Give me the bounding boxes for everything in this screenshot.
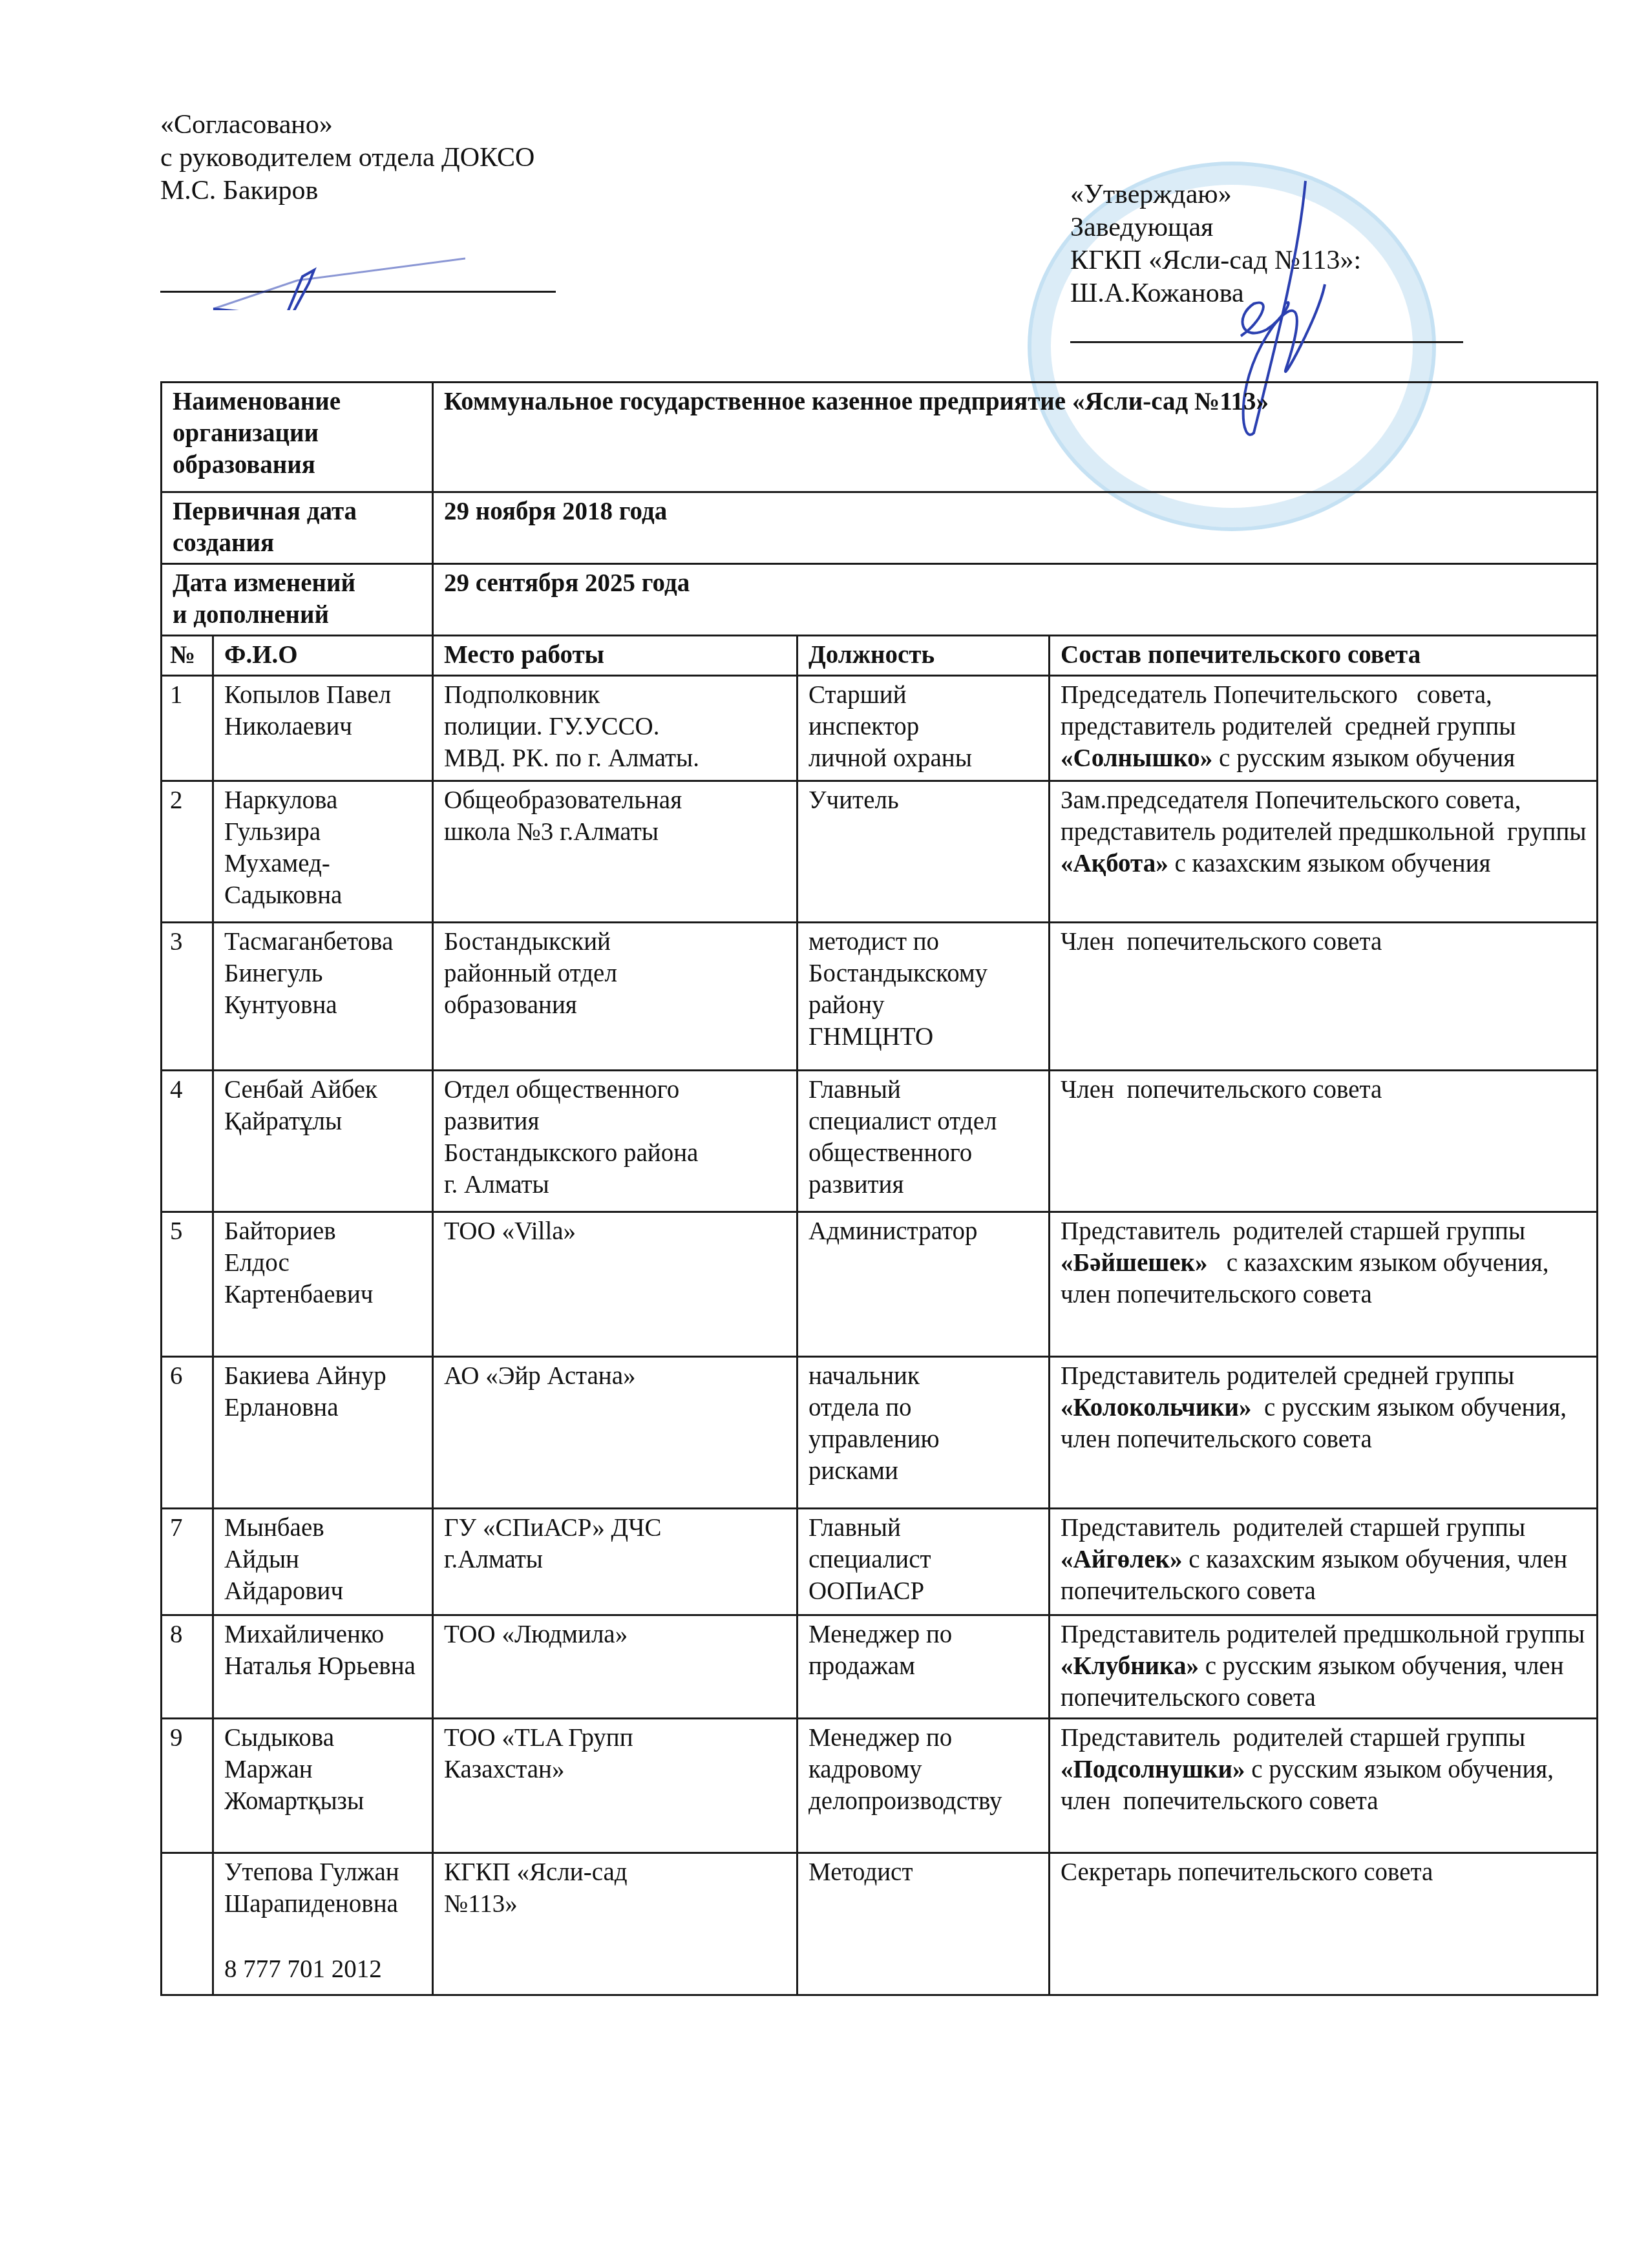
- member-number: 9: [162, 1719, 213, 1853]
- role-text: Член попечительского совета: [1061, 928, 1382, 956]
- fio-line: Утепова Гулжан: [224, 1856, 423, 1888]
- fio-line: Шарапиденовна: [224, 1888, 423, 1920]
- fio-line: Садыковна: [224, 879, 423, 911]
- approved-signer: Ш.А.Кожанова: [1070, 277, 1361, 310]
- work-line: образования: [444, 989, 787, 1021]
- position-line: продажам: [808, 1650, 1039, 1682]
- fio-line: Наркулова: [224, 784, 423, 816]
- member-number: 3: [162, 923, 213, 1071]
- member-council-role: Представитель родителей старшей группы «…: [1050, 1719, 1598, 1853]
- fio-line: Бакиева Айнур: [224, 1360, 423, 1392]
- work-line: ТОО «TLA Групп: [444, 1722, 787, 1754]
- member-number: 4: [162, 1071, 213, 1212]
- position-line: делопроизводству: [808, 1785, 1039, 1817]
- member-workplace: Бостандыкскийрайонный отделобразования: [433, 923, 798, 1071]
- fio-line: Наталья Юрьевна: [224, 1650, 423, 1682]
- info-row-changed: Дата изменений и дополнений 29 сентября …: [162, 564, 1598, 636]
- fio-line: Бинегуль: [224, 958, 423, 989]
- member-workplace: ТОО «Villa»: [433, 1212, 798, 1357]
- work-line: Бостандыкский: [444, 926, 787, 958]
- work-line: развития: [444, 1106, 787, 1137]
- position-line: Администратор: [808, 1215, 1039, 1247]
- member-workplace: Отдел общественногоразвитияБостандыкског…: [433, 1071, 798, 1212]
- role-text: Секретарь попечительского совета: [1061, 1858, 1433, 1886]
- position-line: Главный: [808, 1074, 1039, 1106]
- work-line: Бостандыкского района: [444, 1137, 787, 1169]
- role-text: Председатель Попечительского совета, пре…: [1061, 681, 1522, 740]
- member-number: 8: [162, 1615, 213, 1719]
- member-position: Учитель: [798, 781, 1050, 923]
- member-name: НаркуловаГульзираМухамед-Садыковна: [213, 781, 433, 923]
- fio-line: Байториев: [224, 1215, 423, 1247]
- approval-agreed-block: «Согласовано» с руководителем отдела ДОК…: [160, 109, 534, 207]
- signature-line-right: [1070, 341, 1463, 343]
- fio-line: Маржан: [224, 1754, 423, 1785]
- fio-line: Сенбай Айбек: [224, 1074, 423, 1106]
- info-row-created: Первичная дата создания 29 ноября 2018 г…: [162, 492, 1598, 564]
- agreed-title: «Согласовано»: [160, 109, 534, 142]
- fio-line: Гульзира: [224, 816, 423, 848]
- fio-line: Николаевич: [224, 711, 423, 742]
- fio-line: Мынбаев: [224, 1512, 423, 1544]
- work-line: ТОО «Villa»: [444, 1215, 787, 1247]
- table-header-row: № Ф.И.О Место работы Должность Состав по…: [162, 636, 1598, 676]
- member-council-role: Член попечительского совета: [1050, 923, 1598, 1071]
- member-number: 2: [162, 781, 213, 923]
- work-line: Подполковник: [444, 679, 787, 711]
- member-council-role: Представитель родителей старшей группы «…: [1050, 1509, 1598, 1615]
- fio-line: Мухамед-: [224, 848, 423, 879]
- work-line: Общеобразовательная: [444, 784, 787, 816]
- fio-line: Айдарович: [224, 1575, 423, 1607]
- member-council-role: Секретарь попечительского совета: [1050, 1853, 1598, 1995]
- group-name: «Айгөлек»: [1061, 1546, 1183, 1573]
- members-body: 1Копылов ПавелНиколаевичПодполковникполи…: [162, 676, 1598, 1995]
- member-workplace: ГУ «СПиАСР» ДЧСг.Алматы: [433, 1509, 798, 1615]
- position-line: рисками: [808, 1455, 1039, 1487]
- header-role: Состав попечительского совета: [1050, 636, 1598, 676]
- work-line: г.Алматы: [444, 1544, 787, 1575]
- fio-line: Жомартқызы: [224, 1785, 423, 1817]
- org-label: Наименование организации образования: [162, 383, 433, 492]
- header-num: №: [162, 636, 213, 676]
- member-council-role: Член попечительского совета: [1050, 1071, 1598, 1212]
- table-row: 4Сенбай АйбекҚайратұлыОтдел общественног…: [162, 1071, 1598, 1212]
- group-name: «Колокольчики»: [1061, 1394, 1252, 1422]
- approved-position: Заведующая: [1070, 211, 1361, 244]
- header-position: Должность: [798, 636, 1050, 676]
- created-label: Первичная дата создания: [162, 492, 433, 564]
- member-council-role: Представитель родителей средней группы «…: [1050, 1357, 1598, 1509]
- table-row: 2НаркуловаГульзираМухамед-СадыковнаОбщео…: [162, 781, 1598, 923]
- table-row: 1Копылов ПавелНиколаевичПодполковникполи…: [162, 676, 1598, 781]
- member-workplace: АО «Эйр Астана»: [433, 1357, 798, 1509]
- member-position: начальникотдела поуправлениюрисками: [798, 1357, 1050, 1509]
- table-row: 8МихайличенкоНаталья ЮрьевнаТОО «Людмила…: [162, 1615, 1598, 1719]
- position-line: Главный: [808, 1512, 1039, 1544]
- position-line: Менеджер по: [808, 1722, 1039, 1754]
- member-name: Копылов ПавелНиколаевич: [213, 676, 433, 781]
- work-line: АО «Эйр Астана»: [444, 1360, 787, 1392]
- position-line: специалист отдел: [808, 1106, 1039, 1137]
- agreed-signer: М.С. Бакиров: [160, 174, 534, 207]
- approval-approved-block: «Утверждаю» Заведующая КГКП «Ясли-сад №1…: [1070, 178, 1361, 310]
- member-number: 7: [162, 1509, 213, 1615]
- member-position: Главныйспециалист отделобщественногоразв…: [798, 1071, 1050, 1212]
- fio-line: Копылов Павел: [224, 679, 423, 711]
- group-name: «Подсолнушки»: [1061, 1756, 1245, 1783]
- position-line: Бостандыкскому: [808, 958, 1039, 989]
- work-line: ГУ «СПиАСР» ДЧС: [444, 1512, 787, 1544]
- member-council-role: Представитель родителей старшей группы «…: [1050, 1212, 1598, 1357]
- table-row: 5БайториевЕлдосКартенбаевичТОО «Villa»Ад…: [162, 1212, 1598, 1357]
- table-row: Утепова ГулжанШарапиденовна8 777 701 201…: [162, 1853, 1598, 1995]
- approved-title: «Утверждаю»: [1070, 178, 1361, 211]
- work-line: Отдел общественного: [444, 1074, 787, 1106]
- position-line: специалист: [808, 1544, 1039, 1575]
- member-workplace: Подполковникполиции. ГУ.УССО.МВД. РК. по…: [433, 676, 798, 781]
- member-name: Утепова ГулжанШарапиденовна8 777 701 201…: [213, 1853, 433, 1995]
- info-row-organization: Наименование организации образования Ком…: [162, 383, 1598, 492]
- member-number: [162, 1853, 213, 1995]
- changed-label: Дата изменений и дополнений: [162, 564, 433, 636]
- position-line: Учитель: [808, 784, 1039, 816]
- member-name: ТасмаганбетоваБинегульКунтуовна: [213, 923, 433, 1071]
- member-name: МынбаевАйдынАйдарович: [213, 1509, 433, 1615]
- member-workplace: ТОО «TLA ГруппКазахстан»: [433, 1719, 798, 1853]
- position-line: личной охраны: [808, 742, 1039, 774]
- position-line: общественного: [808, 1137, 1039, 1169]
- role-text: с казахским языком обучения: [1168, 850, 1491, 877]
- member-position: Старшийинспекторличной охраны: [798, 676, 1050, 781]
- member-number: 1: [162, 676, 213, 781]
- trustee-council-table: Наименование организации образования Ком…: [160, 381, 1598, 1996]
- work-line: МВД. РК. по г. Алматы.: [444, 742, 787, 774]
- signature-left-icon: [194, 213, 465, 310]
- work-line: Казахстан»: [444, 1754, 787, 1785]
- member-position: ГлавныйспециалистООПиАСР: [798, 1509, 1050, 1615]
- member-number: 6: [162, 1357, 213, 1509]
- work-line: №113»: [444, 1888, 787, 1920]
- position-line: Менеджер по: [808, 1619, 1039, 1650]
- member-position: Администратор: [798, 1212, 1050, 1357]
- role-text: Представитель родителей предшкольной гру…: [1061, 1621, 1591, 1648]
- header-work: Место работы: [433, 636, 798, 676]
- fio-line: Михайличенко: [224, 1619, 423, 1650]
- changed-value: 29 сентября 2025 года: [433, 564, 1598, 636]
- position-line: кадровому: [808, 1754, 1039, 1785]
- member-workplace: Общеобразовательнаяшкола №3 г.Алматы: [433, 781, 798, 923]
- group-name: «Солнышко»: [1061, 744, 1212, 772]
- work-line: школа №3 г.Алматы: [444, 816, 787, 848]
- fio-line: Сыдыкова: [224, 1722, 423, 1754]
- fio-line: Қайратұлы: [224, 1106, 423, 1137]
- work-line: ТОО «Людмила»: [444, 1619, 787, 1650]
- role-text: Член попечительского совета: [1061, 1076, 1382, 1104]
- member-name: БайториевЕлдосКартенбаевич: [213, 1212, 433, 1357]
- member-name: Бакиева АйнурЕрлановна: [213, 1357, 433, 1509]
- work-line: полиции. ГУ.УССО.: [444, 711, 787, 742]
- work-line: г. Алматы: [444, 1169, 787, 1201]
- header-fio: Ф.И.О: [213, 636, 433, 676]
- fio-line: Ерлановна: [224, 1392, 423, 1423]
- table-row: 9СыдыковаМаржанЖомартқызыТОО «TLA ГруппК…: [162, 1719, 1598, 1853]
- member-position: Менеджер попродажам: [798, 1615, 1050, 1719]
- member-number: 5: [162, 1212, 213, 1357]
- agreed-with: с руководителем отдела ДОКСО: [160, 142, 534, 174]
- position-line: методист по: [808, 926, 1039, 958]
- member-position: Менеджер покадровомуделопроизводству: [798, 1719, 1050, 1853]
- position-line: Старший: [808, 679, 1039, 711]
- changed-label-line: Дата изменений: [173, 567, 423, 599]
- member-phone: 8 777 701 2012: [224, 1953, 423, 1985]
- role-text: с русским языком обучения: [1212, 744, 1515, 772]
- member-position: Методист: [798, 1853, 1050, 1995]
- table-row: 6Бакиева АйнурЕрлановнаАО «Эйр Астана»на…: [162, 1357, 1598, 1509]
- role-text: Зам.председателя Попечительского совета,…: [1061, 786, 1592, 846]
- position-line: ГНМЦНТО: [808, 1021, 1039, 1053]
- fio-line: Картенбаевич: [224, 1279, 423, 1310]
- fio-line: Тасмаганбетова: [224, 926, 423, 958]
- created-value: 29 ноября 2018 года: [433, 492, 1598, 564]
- position-line: Методист: [808, 1856, 1039, 1888]
- member-workplace: ТОО «Людмила»: [433, 1615, 798, 1719]
- member-name: СыдыковаМаржанЖомартқызы: [213, 1719, 433, 1853]
- member-name: МихайличенкоНаталья Юрьевна: [213, 1615, 433, 1719]
- approved-organization: КГКП «Ясли-сад №113»:: [1070, 244, 1361, 277]
- fio-line: Елдос: [224, 1247, 423, 1279]
- work-line: КГКП «Ясли-сад: [444, 1856, 787, 1888]
- group-name: «Бәйшешек»: [1061, 1249, 1208, 1277]
- member-council-role: Зам.председателя Попечительского совета,…: [1050, 781, 1598, 923]
- position-line: инспектор: [808, 711, 1039, 742]
- group-name: «Клубника»: [1061, 1652, 1199, 1680]
- table-row: 3ТасмаганбетоваБинегульКунтуовнаБостанды…: [162, 923, 1598, 1071]
- position-line: развития: [808, 1169, 1039, 1201]
- signature-line-left: [160, 291, 556, 293]
- role-text: Представитель родителей старшей группы: [1061, 1217, 1538, 1245]
- member-workplace: КГКП «Ясли-сад№113»: [433, 1853, 798, 1995]
- table-row: 7МынбаевАйдынАйдаровичГУ «СПиАСР» ДЧСг.А…: [162, 1509, 1598, 1615]
- org-value: Коммунальное государственное казенное пр…: [433, 383, 1598, 492]
- role-text: Представитель родителей старшей группы: [1061, 1724, 1532, 1752]
- fio-line: Кунтуовна: [224, 989, 423, 1021]
- member-council-role: Председатель Попечительского совета, пре…: [1050, 676, 1598, 781]
- role-text: Представитель родителей старшей группы: [1061, 1514, 1532, 1542]
- member-name: Сенбай АйбекҚайратұлы: [213, 1071, 433, 1212]
- position-line: ООПиАСР: [808, 1575, 1039, 1607]
- position-line: отдела по: [808, 1392, 1039, 1423]
- role-text: Представитель родителей средней группы: [1061, 1362, 1521, 1390]
- member-council-role: Представитель родителей предшкольной гру…: [1050, 1615, 1598, 1719]
- work-line: районный отдел: [444, 958, 787, 989]
- position-line: начальник: [808, 1360, 1039, 1392]
- member-position: методист поБостандыкскомурайонуГНМЦНТО: [798, 923, 1050, 1071]
- position-line: управлению: [808, 1423, 1039, 1455]
- fio-line: Айдын: [224, 1544, 423, 1575]
- position-line: району: [808, 989, 1039, 1021]
- group-name: «Ақбота»: [1061, 850, 1168, 877]
- changed-label-line: и дополнений: [173, 599, 423, 631]
